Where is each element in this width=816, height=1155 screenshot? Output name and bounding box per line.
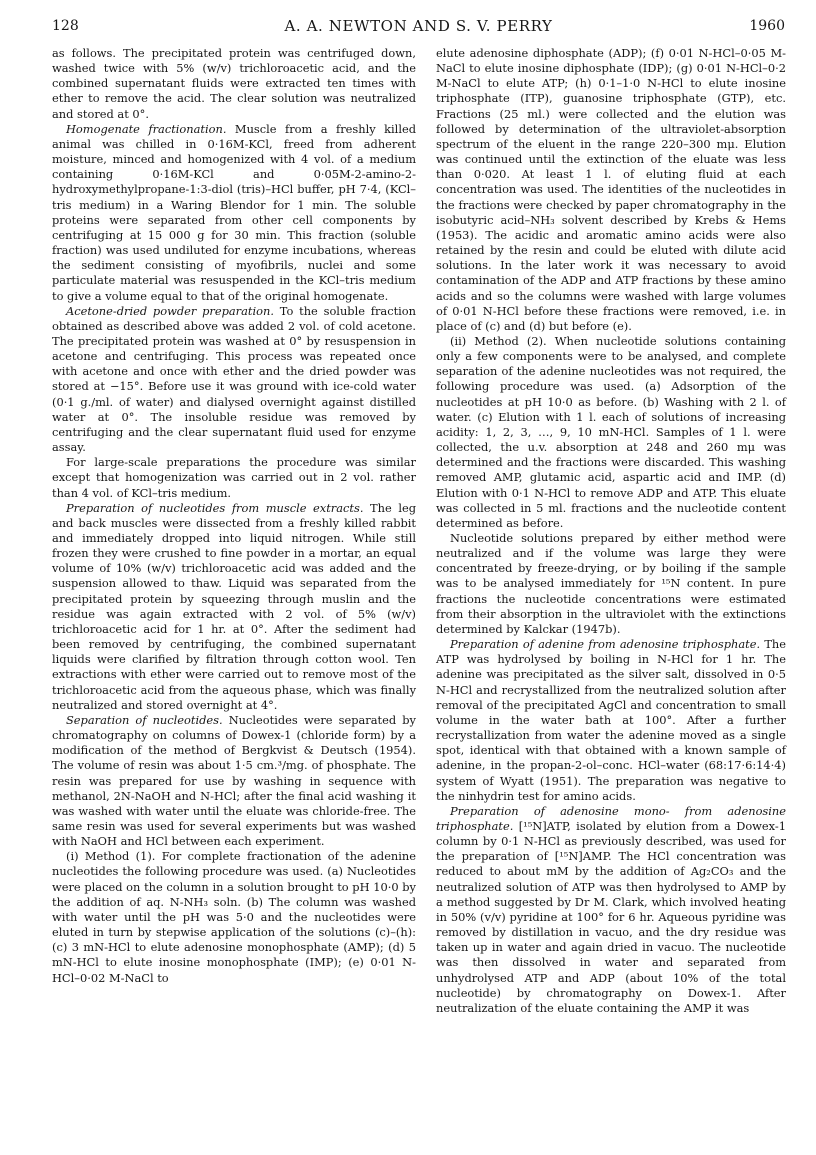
section-preparation-of-amp: Preparation of adenosine mono- from aden… — [436, 804, 786, 1016]
publication-year: 1960 — [749, 16, 785, 36]
paragraph-large-scale: For large-scale preparations the procedu… — [52, 455, 416, 500]
section-body: The leg and back muscles were dissected … — [52, 501, 416, 712]
section-homogenate-fractionation: Homogenate fractionation. Muscle from a … — [52, 122, 416, 304]
section-body: The ATP was hydrolysed by boiling in N-H… — [436, 637, 786, 803]
section-body: [¹⁵N]ATP, isolated by elution from a Dow… — [436, 819, 786, 1015]
running-header: 128 A. A. NEWTON AND S. V. PERRY 1960 — [52, 16, 785, 36]
section-heading: Preparation of nucleotides from muscle e… — [66, 501, 363, 515]
section-heading: Acetone-dried powder preparation. — [66, 304, 274, 318]
paragraph-method-1-continued: elute adenosine diphosphate (ADP); (f) 0… — [436, 46, 786, 334]
running-title-authors: A. A. NEWTON AND S. V. PERRY — [52, 16, 785, 36]
paragraph-nucleotide-solutions: Nucleotide solutions prepared by either … — [436, 531, 786, 637]
section-heading: Separation of nucleotides. — [66, 713, 223, 727]
paragraph-continued: as follows. The precipitated protein was… — [52, 46, 416, 122]
section-preparation-of-adenine: Preparation of adenine from adenosine tr… — [436, 637, 786, 804]
paragraph-method-1: (i) Method (1). For complete fractionati… — [52, 849, 416, 985]
section-acetone-dried-powder: Acetone-dried powder preparation. To the… — [52, 304, 416, 456]
section-heading: Homogenate fractionation. — [66, 122, 226, 136]
right-column: elute adenosine diphosphate (ADP); (f) 0… — [436, 46, 786, 1016]
section-body: To the soluble fraction obtained as desc… — [52, 304, 416, 454]
left-column: as follows. The precipitated protein was… — [52, 46, 416, 986]
section-separation-of-nucleotides: Separation of nucleotides. Nucleotides w… — [52, 713, 416, 849]
paragraph-method-2: (ii) Method (2). When nucleotide solutio… — [436, 334, 786, 531]
section-body: Muscle from a freshly killed animal was … — [52, 122, 416, 303]
section-body: Nucleotides were separated by chromatogr… — [52, 713, 416, 848]
section-heading: Preparation of adenine from adenosine tr… — [450, 637, 760, 651]
section-preparation-of-nucleotides: Preparation of nucleotides from muscle e… — [52, 501, 416, 713]
